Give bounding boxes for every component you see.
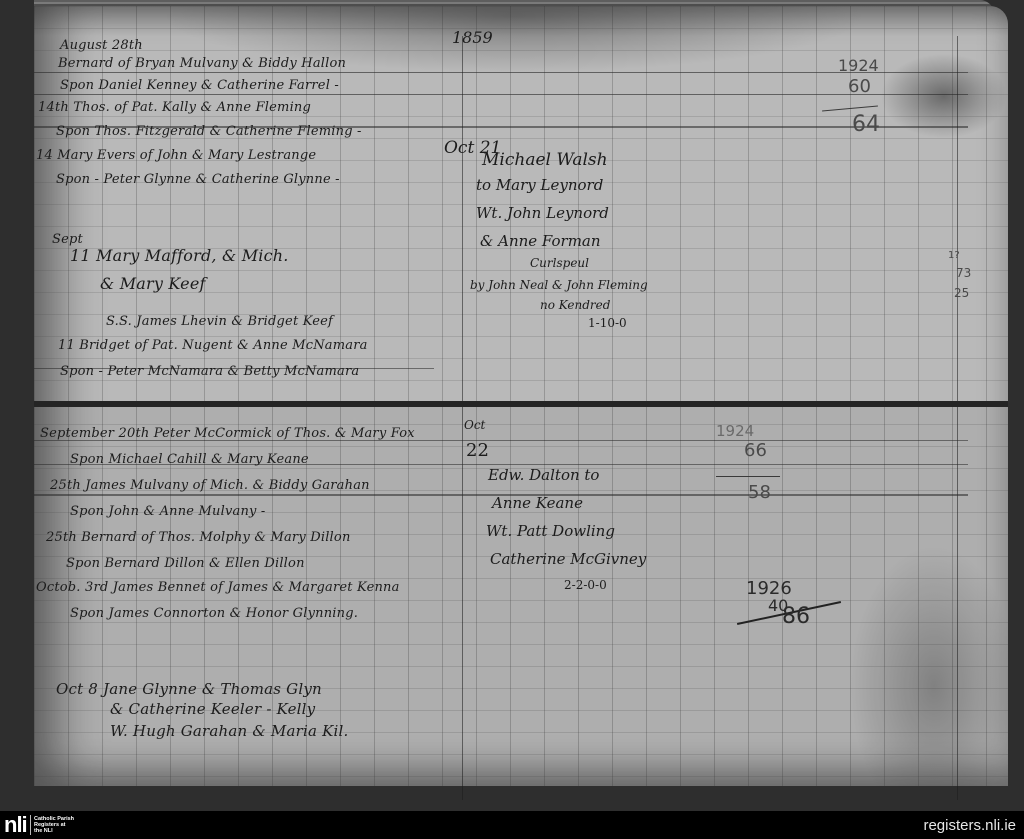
baptism-entry-line: Spon John & Anne Mulvany - [70,504,266,519]
baptism-entry-line: 25th Bernard of Thos. Molphy & Mary Dill… [46,530,351,545]
entry-line: W. Hugh Garahan & Maria Kil. [110,722,348,740]
entry-line: Catherine McGivney [490,550,646,568]
baptism-entry-line: Spon Michael Cahill & Mary Keane [70,452,309,467]
margin-number: 25 [954,286,969,300]
sum-line [716,476,780,477]
baptism-entry-line: Spon James Connorton & Honor Glynning. [70,606,358,621]
baptism-entry-line: Spon Thos. Fitzgerald & Catherine Flemin… [56,124,362,139]
document-viewer[interactable]: 1859 August 28th Bernard of Bryan Mulvan… [0,0,1024,811]
footer-bar: nli Catholic Parish Registers at the NLI… [0,811,1024,839]
entry-date-day: 22 [466,440,489,461]
ruled-line [34,94,968,95]
baptism-entry-line: 11 Mary Mafford, & Mich. [70,246,289,265]
site-url-link[interactable]: registers.nli.ie [923,817,1016,834]
baptism-entry-line: 25th James Mulvany of Mich. & Biddy Gara… [50,478,370,493]
entry-fee: 1-10-0 [588,316,627,330]
nli-org-name: Catholic Parish Registers at the NLI [34,816,74,834]
baptism-entry-line: 11 Bridget of Pat. Nugent & Anne McNamar… [58,338,368,353]
ruled-line [34,72,968,73]
margin-number: 1? [948,250,960,261]
page-fold [34,401,1008,407]
baptism-entry-line: Spon Bernard Dillon & Ellen Dillon [66,556,305,571]
baptism-entry-line: S.S. James Lhevin & Bridget Keef [106,314,333,329]
entry-line: & Anne Forman [480,232,601,250]
baptism-entry-line: Sept [52,232,83,247]
entry-fee: 2-2-0-0 [564,578,607,592]
sum-minus: 60 [848,76,871,97]
baptism-entry-line: Bernard of Bryan Mulvany & Biddy Hallon [58,56,346,71]
entry-line: no Kendred [540,298,610,312]
baptism-entry-line: September 20th Peter McCormick of Thos. … [40,426,415,441]
logo-divider [30,815,31,835]
entry-line: Oct 8 Jane Glynne & Thomas Glyn [56,680,322,698]
nli-logo[interactable]: nli [4,816,27,834]
org-line: the NLI [34,828,74,834]
entry-line: to Mary Leynord [476,176,603,194]
baptism-entry-line: Octob. 3rd James Bennet of James & Marga… [36,580,400,595]
sum-top: 1924 [716,422,754,440]
sum-top: 1924 [838,56,879,75]
baptism-entry-line: 14th Thos. of Pat. Kally & Anne Fleming [38,100,311,115]
sum-result: 86 [782,604,810,629]
baptism-entry-line: Spon - Peter Glynne & Catherine Glynne - [56,172,340,187]
baptism-entry-line: Spon Daniel Kenney & Catherine Farrel - [60,78,339,93]
sum-result: 64 [852,112,880,137]
entry-line: Wt. Patt Dowling [486,522,615,540]
baptism-entry-line: August 28th [60,38,143,53]
baptism-entry-line: Spon - Peter McNamara & Betty McNamara [60,364,359,379]
year-heading: 1859 [452,28,493,47]
entry-line: Edw. Dalton to [488,466,599,484]
entry-line: & Catherine Keeler - Kelly [110,700,315,718]
entry-date-month: Oct [464,418,485,432]
baptism-entry-line: 14 Mary Evers of John & Mary Lestrange [36,148,316,163]
entry-line: Wt. John Leynord [476,204,609,222]
entry-line: by John Neal & John Fleming [470,278,648,292]
entry-line: Anne Keane [492,494,583,512]
entry-line: Curlspeul [530,256,589,270]
entry-line: Michael Walsh [482,150,608,170]
sum-result: 58 [748,482,771,503]
margin-number: 73 [956,266,971,280]
sum-minus: 66 [744,440,767,461]
baptism-entry-line: & Mary Keef [100,274,206,293]
